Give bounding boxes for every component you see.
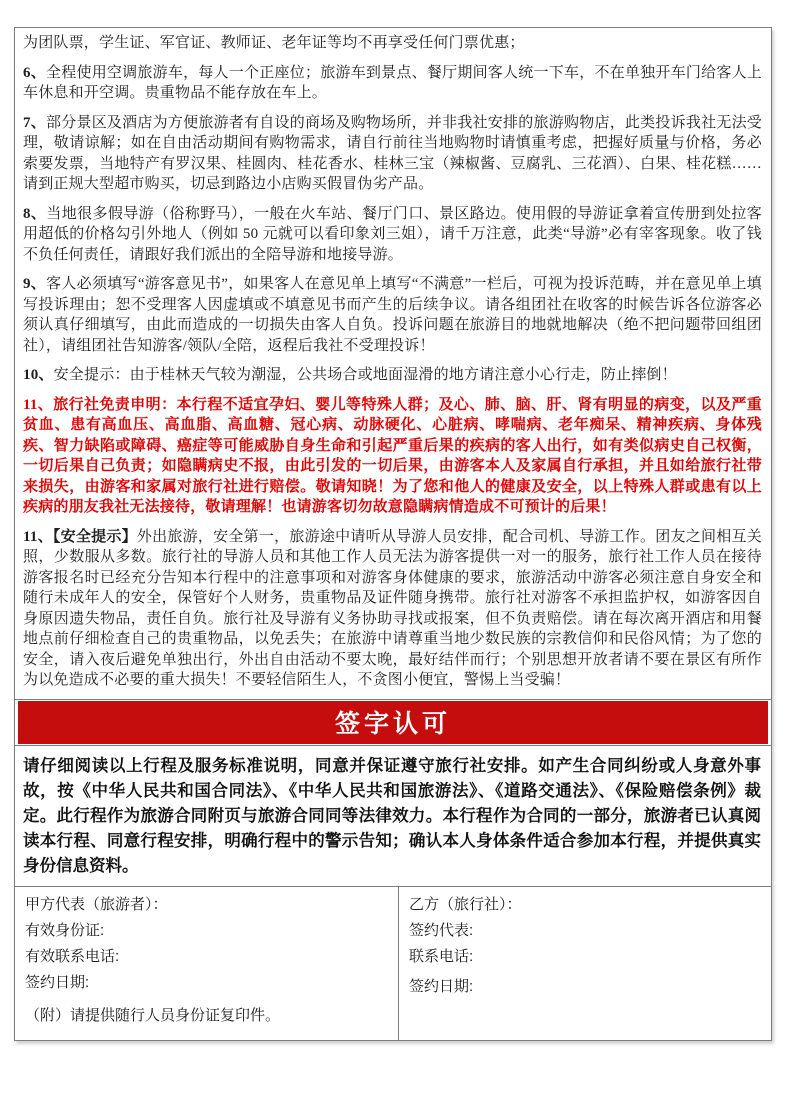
party-b-signature-cell: 乙方（旅行社）： 签约代表: 联系电话: 签约日期: — [399, 887, 771, 1040]
note-text: 为团队票，学生证、军官证、教师证、老年证等均不再享受任何门票优惠； — [23, 35, 525, 51]
legal-acknowledgement-row: 请仔细阅读以上行程及服务标准说明，同意并保证遵守旅行社安排。如产生合同纠纷或人身… — [15, 745, 771, 886]
contract-document-page: 为团队票，学生证、军官证、教师证、老年证等均不再享受任何门票优惠； 6、全程使用… — [0, 0, 790, 1118]
note-text: 旅行社免责申明：本行程不适宜孕妇、婴儿等特殊人群；及心、肺、脑、肝、肾有明显的病… — [23, 397, 762, 516]
note-marker: 11、 — [23, 529, 53, 545]
note-marker: 6、 — [23, 65, 46, 81]
note-6-tour-bus: 6、全程使用空调旅游车，每人一个正座位；旅游车到景点、餐厅期间客人统一下车，不在… — [23, 63, 762, 104]
legal-acknowledgement-text: 请仔细阅读以上行程及服务标准说明，同意并保证遵守旅行社安排。如产生合同纠纷或人身… — [23, 754, 761, 879]
note-marker: 7、 — [23, 115, 46, 131]
party-a-date-label: 签约日期: — [25, 973, 388, 992]
note-text: 安全提示：由于桂林天气较为潮湿，公共场合或地面湿滑的地方请注意小心行走，防止摔倒… — [54, 367, 677, 383]
note-8-fake-guides: 8、当地很多假导游（俗称野马），一般在火车站、餐厅门口、景区路边。使用假的导游证… — [23, 204, 762, 266]
party-a-id-label: 有效身份证: — [25, 921, 388, 940]
signature-banner-row: 签字认可 — [15, 699, 771, 745]
note-11-safety-tips: 11、【安全提示】外出旅游，安全第一，旅游途中请听从导游人员安排，配合司机、导游… — [23, 527, 762, 691]
itinerary-terms-table: 为团队票，学生证、军官证、教师证、老年证等均不再享受任何门票优惠； 6、全程使用… — [14, 27, 772, 1041]
note-marker: 11、 — [23, 397, 53, 413]
note-marker: 9、 — [23, 276, 46, 292]
note-text: 全程使用空调旅游车，每人一个正座位；旅游车到景点、餐厅期间客人统一下车，不在单独… — [23, 65, 762, 102]
party-b-date-label: 签约日期: — [409, 977, 761, 996]
party-b-phone-label: 联系电话: — [409, 947, 761, 966]
note-text: 外出旅游，安全第一，旅游途中请听从导游人员安排，配合司机、导游工作。团友之间相互… — [23, 529, 762, 689]
note-7-shopping: 7、部分景区及酒店为方便旅游者有自设的商场及购物场所，并非我社安排的旅游购物店，… — [23, 113, 762, 195]
note-text: 当地很多假导游（俗称野马），一般在火车站、餐厅门口、景区路边。使用假的导游证拿着… — [23, 206, 762, 263]
party-a-phone-label: 有效联系电话: — [25, 947, 388, 966]
note-11-disclaimer-red: 11、旅行社免责申明：本行程不适宜孕妇、婴儿等特殊人群；及心、肺、脑、肝、肾有明… — [23, 395, 762, 518]
terms-notes-section: 为团队票，学生证、军官证、教师证、老年证等均不再享受任何门票优惠； 6、全程使用… — [15, 28, 771, 699]
party-a-signature-cell: 甲方代表（旅游者）： 有效身份证: 有效联系电话: 签约日期: （附）请提供随行… — [15, 887, 399, 1040]
note-text: 部分景区及酒店为方便旅游者有自设的商场及购物场所，并非我社安排的旅游购物店，此类… — [23, 115, 762, 193]
party-b-agency-label: 乙方（旅行社）： — [409, 895, 761, 914]
note-text: 客人必须填写“游客意见书”，如果客人在意见单上填写“不满意”一栏后，可视为投诉范… — [23, 276, 762, 354]
party-b-representative-label: 签约代表: — [409, 921, 761, 940]
signature-table-row: 甲方代表（旅游者）： 有效身份证: 有效联系电话: 签约日期: （附）请提供随行… — [15, 886, 771, 1040]
note-bold-label: 【安全提示】 — [53, 529, 137, 545]
note-10-safety-wet-floor: 10、安全提示：由于桂林天气较为潮湿，公共场合或地面湿滑的地方请注意小心行走，防… — [23, 365, 762, 386]
signature-banner-title: 签字认可 — [335, 704, 451, 740]
note-ticket-discount-continuation: 为团队票，学生证、军官证、教师证、老年证等均不再享受任何门票优惠； — [23, 33, 762, 54]
note-9-feedback-form: 9、客人必须填写“游客意见书”，如果客人在意见单上填写“不满意”一栏后，可视为投… — [23, 274, 762, 356]
signature-banner: 签字认可 — [18, 701, 768, 744]
party-a-attachment-note: （附）请提供随行人员身份证复印件。 — [25, 1006, 388, 1025]
note-marker: 10、 — [23, 367, 54, 383]
party-a-representative-label: 甲方代表（旅游者）： — [25, 895, 388, 914]
note-marker: 8、 — [23, 206, 46, 222]
